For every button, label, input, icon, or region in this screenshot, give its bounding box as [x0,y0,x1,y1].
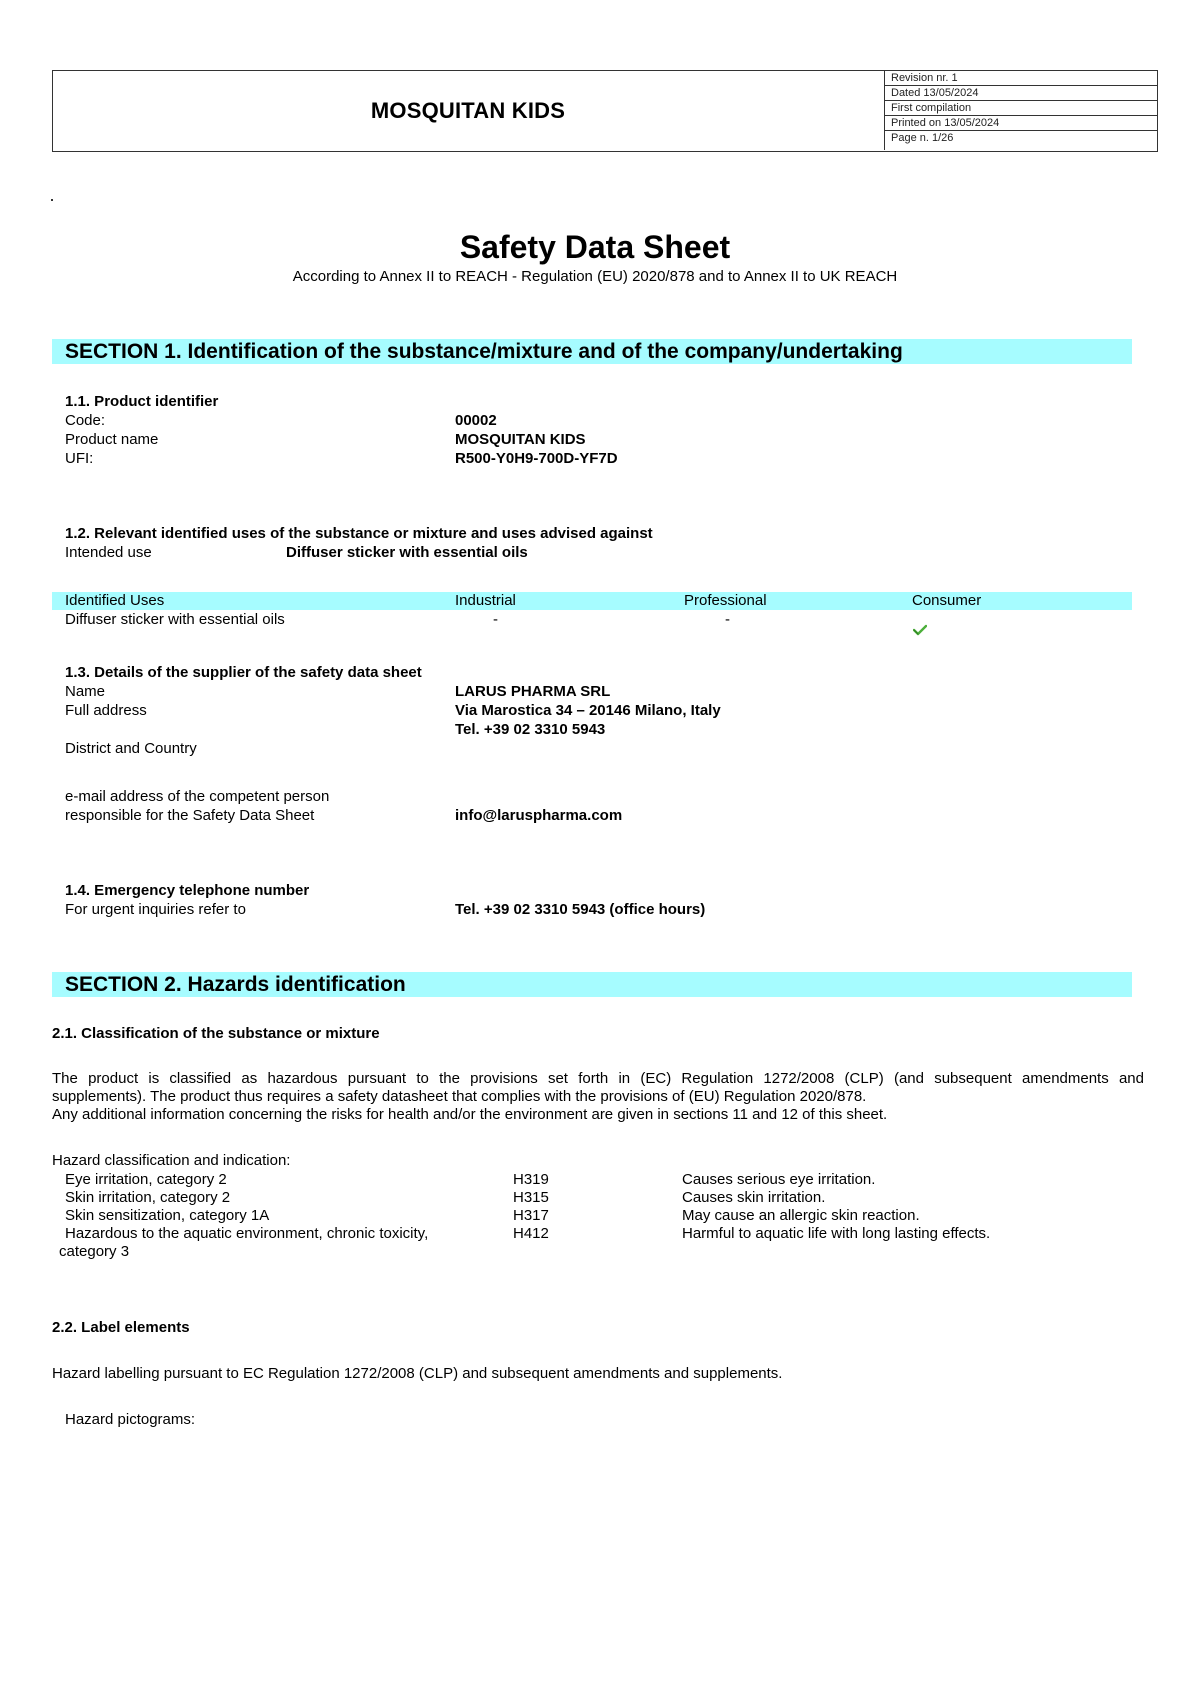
product-name-value: MOSQUITAN KIDS [455,431,586,448]
relevant-uses-heading: 1.2. Relevant identified uses of the sub… [65,525,653,542]
label-elements-heading: 2.2. Label elements [52,1319,190,1336]
hazard-statement: Causes skin irritation. [682,1189,825,1206]
header-meta-table: Revision nr. 1 Dated 13/05/2024 First co… [884,71,1158,150]
supplier-name-label: Name [65,683,105,700]
hazard-statement: Causes serious eye irritation. [682,1171,875,1188]
hazard-pictograms-label: Hazard pictograms: [65,1411,195,1428]
hazard-labelling-paragraph: Hazard labelling pursuant to EC Regulati… [52,1365,782,1382]
document-header: MOSQUITAN KIDS Revision nr. 1 Dated 13/0… [52,70,1158,152]
full-address-label: Full address [65,702,147,719]
email-label-line2: responsible for the Safety Data Sheet [65,807,314,824]
full-address-value: Via Marostica 34 – 20146 Milano, Italy [455,702,721,719]
dated: Dated 13/05/2024 [885,86,1158,101]
hazard-statement: Harmful to aquatic life with long lastin… [682,1225,990,1242]
hazard-code: H319 [513,1171,549,1188]
hazard-class: Hazardous to the aquatic environment, ch… [65,1225,428,1242]
hazard-class: Eye irritation, category 2 [65,1171,227,1188]
revision-number: Revision nr. 1 [885,71,1158,86]
section-1-heading: SECTION 1. Identification of the substan… [52,339,1132,364]
hazard-code: H317 [513,1207,549,1224]
urgent-inquiries-label: For urgent inquiries refer to [65,901,246,918]
code-value: 00002 [455,412,497,429]
col-industrial: Industrial [455,592,516,610]
stray-dot [51,199,53,201]
document-subtitle: According to Annex II to REACH - Regulat… [0,268,1190,285]
ufi-label: UFI: [65,450,93,467]
hazard-class: Skin irritation, category 2 [65,1189,230,1206]
hazard-class-continued: category 3 [59,1243,129,1260]
email-label-line1: e-mail address of the competent person [65,788,329,805]
compilation-status: First compilation [885,101,1158,116]
check-icon [913,624,927,636]
emergency-phone-value: Tel. +39 02 3310 5943 (office hours) [455,901,705,918]
document-title: Safety Data Sheet [0,229,1190,266]
email-value[interactable]: info@laruspharma.com [455,807,622,824]
col-identified-uses: Identified Uses [65,592,164,610]
use-professional: - [725,611,730,628]
hazard-class: Skin sensitization, category 1A [65,1207,269,1224]
supplier-details-heading: 1.3. Details of the supplier of the safe… [65,664,422,681]
hazard-classification-label: Hazard classification and indication: [52,1152,290,1169]
printed-date: Printed on 13/05/2024 [885,116,1158,131]
hazard-statement: May cause an allergic skin reaction. [682,1207,920,1224]
code-label: Code: [65,412,105,429]
classification-line-3: Any additional information concerning th… [52,1106,1144,1124]
classification-heading: 2.1. Classification of the substance or … [52,1025,380,1042]
ufi-value: R500-Y0H9-700D-YF7D [455,450,618,467]
intended-use-value: Diffuser sticker with essential oils [286,544,528,561]
hazard-code: H412 [513,1225,549,1242]
col-professional: Professional [684,592,767,610]
emergency-phone-heading: 1.4. Emergency telephone number [65,882,309,899]
classification-paragraph: The product is classified as hazardous p… [52,1070,1144,1124]
classification-line-2: supplements). The product thus requires … [52,1088,1144,1106]
intended-use-label: Intended use [65,544,152,561]
supplier-name-value: LARUS PHARMA SRL [455,683,610,700]
hazard-code: H315 [513,1189,549,1206]
product-name-label: Product name [65,431,158,448]
section-2-heading: SECTION 2. Hazards identification [52,972,1132,997]
classification-line-1: The product is classified as hazardous p… [52,1070,1144,1088]
col-consumer: Consumer [912,592,981,610]
use-name: Diffuser sticker with essential oils [65,611,285,628]
product-identifier-heading: 1.1. Product identifier [65,393,218,410]
district-country-label: District and Country [65,740,197,757]
supplier-telephone: Tel. +39 02 3310 5943 [455,721,605,738]
uses-table-header: Identified Uses Industrial Professional … [52,592,1132,610]
header-product-title: MOSQUITAN KIDS [53,71,883,150]
page-number: Page n. 1/26 [885,131,1158,150]
use-industrial: - [493,611,498,628]
